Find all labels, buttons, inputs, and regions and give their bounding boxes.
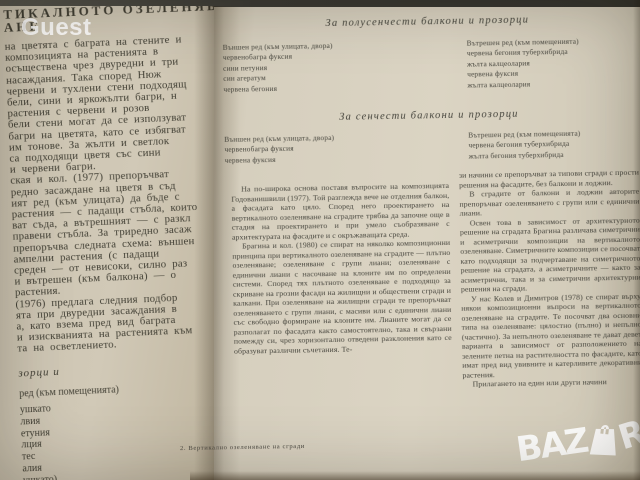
center-paragraph-1: На по-широка основа поставя въпросите на… bbox=[231, 181, 450, 242]
right-paragraph-5: Прилагането на един или други начини bbox=[463, 377, 640, 390]
section1-inner-row-list: Вътрешен ред (към помещенията) червена б… bbox=[467, 36, 638, 91]
section2-inner-row-list: Вътрешен ред (към помещенията) червена б… bbox=[468, 128, 639, 162]
section2-outer-row-list: Външен ред (към улицата, двора) червеноб… bbox=[224, 131, 421, 166]
left-page-body-text: на цветята с баграта на стените и композ… bbox=[5, 33, 214, 355]
section1-plant-lists: Външен ред (към улицата, двора) червеноб… bbox=[223, 36, 638, 95]
right-paragraph-4: У нас Колев и Димитров (1978) се спират … bbox=[461, 291, 640, 380]
section2-plant-lists: Външен ред (към улицата, двора) червеноб… bbox=[224, 128, 638, 166]
left-page-subheading-fragment: зорци и bbox=[18, 358, 214, 379]
center-paragraph-2: Брагина и кол. (1980) се спират на някол… bbox=[232, 238, 452, 356]
section1-outer-row-items: червенобагра фуксия сини петуния син аге… bbox=[223, 50, 420, 95]
section1-outer-row-list: Външен ред (към улицата, двора) червеноб… bbox=[223, 39, 420, 94]
left-page-list-header: ред (към помещенията) bbox=[19, 379, 214, 399]
bazar-watermark-text-right: R bbox=[615, 416, 640, 456]
left-page-plant-list: ушкато лвия етуния лция тес алия ушкато) bbox=[20, 395, 214, 480]
bazar-watermark-text-left: BAZ bbox=[514, 424, 589, 468]
section1-title: За полусенчести балкони и прозорци bbox=[214, 13, 640, 31]
left-page: ТИКАЛНОТО ОЗЕЛЕНЯВАНЕ АНЕ на цветята с б… bbox=[0, 6, 214, 480]
section2-title: За сенчести балкони и прозорци bbox=[216, 107, 640, 125]
right-page-content: За полусенчести балкони и прозорци Външе… bbox=[214, 7, 640, 480]
right-paragraph-2: В сградите от балкони и лоджии авторите … bbox=[459, 187, 639, 219]
section1-inner-row-items: червена бегония туберхибрида жълта калце… bbox=[467, 46, 638, 91]
center-text-column: На по-широка основа поставя въпросите на… bbox=[231, 181, 452, 356]
section2-outer-row-items: червенобагра фуксия червена фуксия bbox=[224, 142, 420, 166]
left-page-content: ТИКАЛНОТО ОЗЕЛЕНЯВАНЕ АНЕ на цветята с б… bbox=[0, 6, 214, 480]
section2-inner-row-items: червена бегония туберхибрида жълта бегон… bbox=[468, 138, 638, 162]
right-page: За полусенчести балкони и прозорци Външе… bbox=[214, 7, 640, 480]
right-paragraph-3: Освен това в зависимост от архитектурнот… bbox=[460, 215, 640, 294]
guest-user-label: Guest bbox=[21, 14, 92, 42]
right-text-column: зи начини се препоръчват за типови сград… bbox=[459, 168, 640, 390]
book-photo: ТИКАЛНОТО ОЗЕЛЕНЯВАНЕ АНЕ на цветята с б… bbox=[0, 0, 640, 480]
